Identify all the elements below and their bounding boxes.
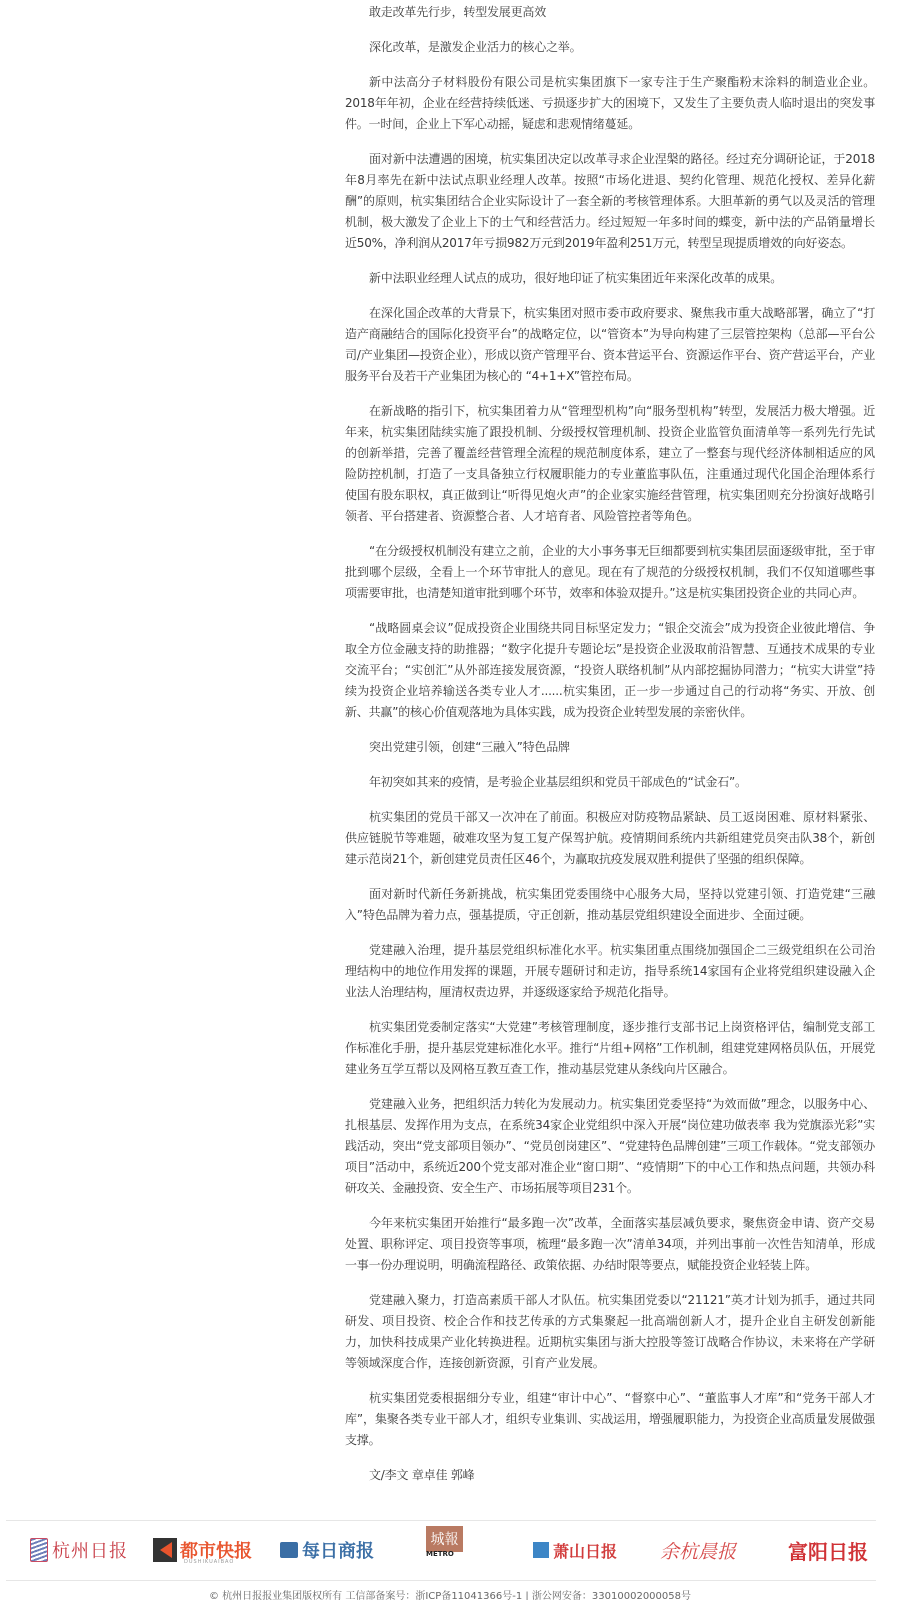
daily-business-link[interactable]: 每日商报 xyxy=(280,1532,374,1568)
copyright-text: © 杭州日报报业集团版权所有 工信部备案号：浙ICP备11041366号-1 |… xyxy=(0,1590,900,1600)
article-byline: 文/李文 章卓佳 郭峰 xyxy=(345,1465,875,1486)
dushi-kuaibao-logo-icon xyxy=(153,1538,177,1562)
footer-divider-top xyxy=(6,1520,876,1521)
article-paragraph: 党建融入聚力，打造高素质干部人才队伍。杭实集团党委以“21121”英才计划为抓手… xyxy=(345,1290,875,1374)
article-paragraph: 面对新中法遭遇的困境，杭实集团决定以改革寻求企业涅槃的路径。经过充分调研论证，于… xyxy=(345,149,875,254)
article-paragraph: 在深化国企改革的大背景下，杭实集团对照市委市政府要求、聚焦我市重大战略部署，确立… xyxy=(345,303,875,387)
fuyang-daily-link[interactable]: 富阳日报 xyxy=(788,1532,868,1568)
yuhang-morning-link[interactable]: 余杭晨报 xyxy=(660,1532,736,1568)
yuhang-morning-logo-icon: 余杭晨报 xyxy=(660,1537,736,1564)
article-paragraph: 杭实集团党委制定落实“大党建”考核管理制度，逐步推行支部书记上岗资格评估，编制党… xyxy=(345,1017,875,1080)
metro-logo-icon: 城報 xyxy=(426,1526,463,1552)
article-paragraph: 深化改革，是激发企业活力的核心之举。 xyxy=(345,37,875,58)
metro-link[interactable]: 城報 METRO xyxy=(426,1526,463,1562)
article-paragraph: 年初突如其来的疫情，是考验企业基层组织和党员干部成色的“试金石”。 xyxy=(345,772,875,793)
article-paragraph: 新中法高分子材料股份有限公司是杭实集团旗下一家专注于生产聚酯粉末涂料的制造业企业… xyxy=(345,72,875,135)
xiaoshan-daily-link[interactable]: 萧山日报 xyxy=(533,1532,617,1568)
article-paragraph: 党建融入业务，把组织活力转化为发展动力。杭实集团党委坚持“为效而做”理念，以服务… xyxy=(345,1094,875,1199)
xiaoshan-daily-logo-icon xyxy=(533,1542,549,1558)
hangzhou-daily-link[interactable]: 杭州日报 xyxy=(30,1532,128,1568)
daily-business-logo-icon xyxy=(280,1542,298,1558)
dushi-kuaibao-link[interactable]: 都市快报 DUSHIKUAIBAO xyxy=(153,1532,252,1568)
article-paragraph: 新中法职业经理人试点的成功，很好地印证了杭实集团近年来深化改革的成果。 xyxy=(345,268,875,289)
article-paragraph: 党建融入治理，提升基层党组织标准化水平。杭实集团重点围绕加强国企二三级党组织在公… xyxy=(345,940,875,1003)
article-paragraph: 杭实集团的党员干部又一次冲在了前面。积极应对防疫物品紧缺、员工返岗困难、原材料紧… xyxy=(345,807,875,870)
article-body: 敢走改革先行步，转型发展更高效 深化改革，是激发企业活力的核心之举。 新中法高分… xyxy=(345,2,875,1500)
article-paragraph: 在新战略的指引下，杭实集团着力从“管理型机构”向“服务型机构”转型，发展活力极大… xyxy=(345,401,875,527)
article-paragraph: 杭实集团党委根据细分专业，组建“审计中心”、“督察中心”、“董监事人才库”和“党… xyxy=(345,1388,875,1451)
fuyang-daily-logo-icon: 富阳日报 xyxy=(788,1536,868,1565)
article-subheading: 敢走改革先行步，转型发展更高效 xyxy=(345,2,875,23)
footer-divider-bottom xyxy=(6,1580,876,1581)
article-paragraph: 面对新时代新任务新挑战，杭实集团党委围绕中心服务大局，坚持以党建引领、打造党建“… xyxy=(345,884,875,926)
article-subheading: 突出党建引领，创建“三融入”特色品牌 xyxy=(345,737,875,758)
hangzhou-daily-logo-icon xyxy=(30,1538,48,1562)
footer-logo-bar: 杭州日报 都市快报 DUSHIKUAIBAO 每日商报 城報 METRO 萧山日… xyxy=(0,1522,900,1580)
article-paragraph: “战略圆桌会议”促成投资企业围绕共同目标坚定发力；“银企交流会”成为投资企业彼此… xyxy=(345,618,875,723)
article-paragraph: 今年来杭实集团开始推行“最多跑一次”改革，全面落实基层减负要求，聚焦资金申请、资… xyxy=(345,1213,875,1276)
article-paragraph: “在分级授权机制没有建立之前，企业的大小事务事无巨细都要到杭实集团层面逐级审批，… xyxy=(345,541,875,604)
